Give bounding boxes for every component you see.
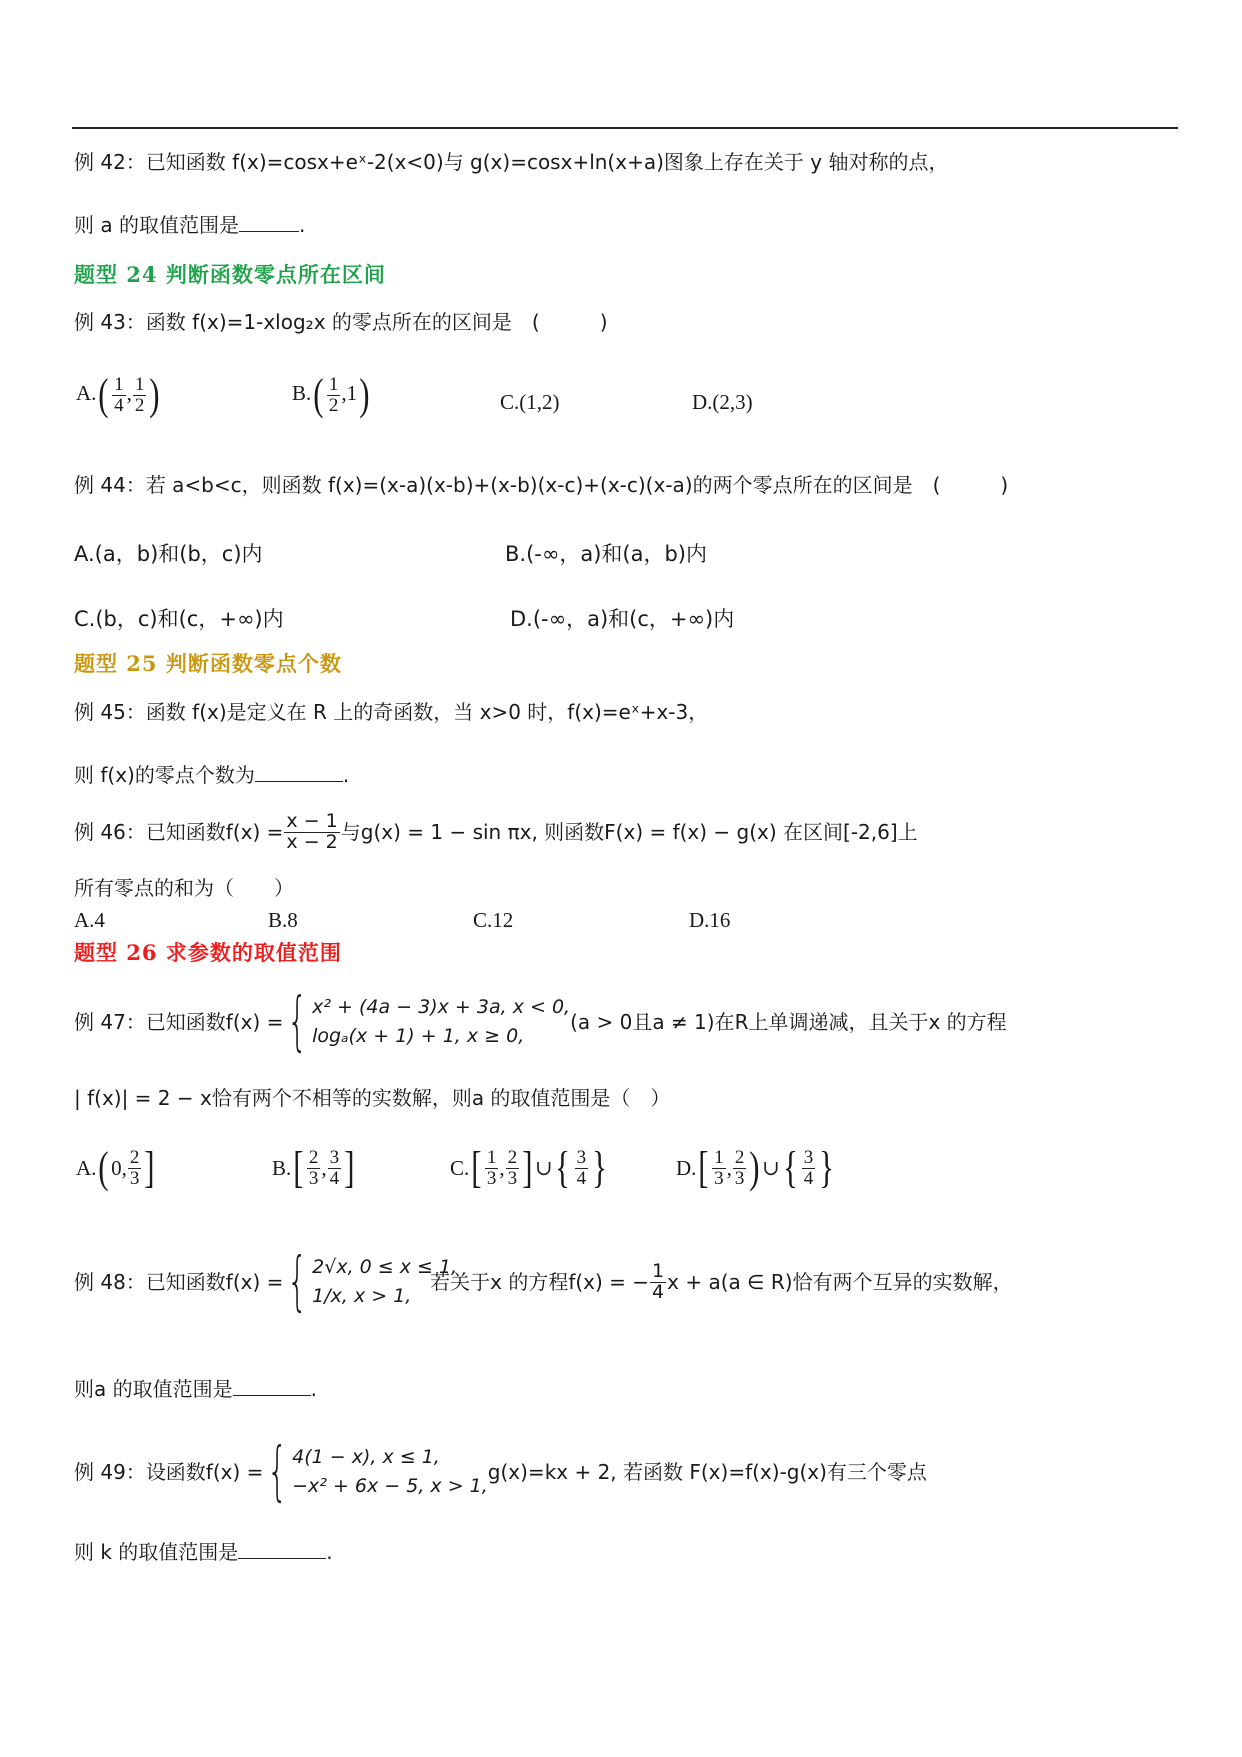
ex46-option-c[interactable]: C.12 xyxy=(473,908,513,933)
option-key: C. xyxy=(74,607,95,631)
option-value: 8 xyxy=(287,908,298,932)
ex49-line1: 例 49：设函数f(x) = {4(1 − x), x ≤ 1,−x² + 6x… xyxy=(74,1440,927,1504)
option-value: (2,3) xyxy=(712,390,752,414)
option-key: A. xyxy=(74,542,95,566)
option-value: (a，b)和(b，c)内 xyxy=(95,542,263,566)
ex48-question: 则a 的取值范围是 xyxy=(74,1377,233,1401)
ex47-option-a[interactable]: A.(0,23] xyxy=(76,1146,157,1190)
ex47-line1: 例 47：已知函数f(x) = {x² + (4a − 3)x + 3a, x … xyxy=(74,990,1007,1054)
period: . xyxy=(343,763,349,787)
option-value: 12 xyxy=(492,908,513,932)
option-key: C. xyxy=(500,390,519,414)
answer-blank[interactable] xyxy=(239,213,299,232)
ex47-label: 例 47： xyxy=(74,1010,146,1034)
option-key: B. xyxy=(505,542,526,566)
ex46-line2: 所有零点的和为（ ） xyxy=(74,876,294,900)
ex42-question: 则 a 的取值范围是 xyxy=(74,213,239,237)
option-key: D. xyxy=(676,1156,696,1181)
ex43-label: 例 43： xyxy=(74,310,146,334)
ex46-option-b[interactable]: B.8 xyxy=(268,908,298,933)
section-heading-26: 题型 26 求参数的取值范围 xyxy=(74,940,342,965)
ex43-option-a[interactable]: A.(14,12) xyxy=(76,373,162,417)
option-value: (b，c)和(c，+∞)内 xyxy=(95,607,283,631)
ex48-line1: 例 48：已知函数f(x) = {2√x, 0 ≤ x ≤ 1,1/x, x >… xyxy=(74,1250,1013,1314)
option-key: B. xyxy=(272,1156,291,1181)
option-key: B. xyxy=(292,381,311,405)
ex46-option-a[interactable]: A.4 xyxy=(74,908,105,933)
option-key: C. xyxy=(450,1156,469,1181)
ex46-text: 与g(x) = 1 − sin πx, 则函数F(x) = f(x) − g(x… xyxy=(341,820,918,844)
answer-blank[interactable] xyxy=(255,763,343,782)
option-value: 4 xyxy=(94,908,105,932)
ex45-label: 例 45： xyxy=(74,700,146,724)
ex44-text: 若 a<b<c，则函数 f(x)=(x-a)(x-b)+(x-b)(x-c)+(… xyxy=(146,473,1008,497)
ex49-text: g(x)=kx + 2, 若函数 F(x)=f(x)-g(x)有三个零点 xyxy=(488,1460,927,1484)
ex46-option-d[interactable]: D.16 xyxy=(689,908,730,933)
ex48-text: x + a(a ∈ R)恰有两个互异的实数解， xyxy=(667,1270,1012,1294)
section-heading-25: 题型 25 判断函数零点个数 xyxy=(74,651,342,676)
ex44-question: 例 44：若 a<b<c，则函数 f(x)=(x-a)(x-b)+(x-b)(x… xyxy=(74,473,1008,497)
ex46-fraction: x − 1x − 2 xyxy=(284,812,339,853)
option-key: C. xyxy=(473,908,492,932)
ex47-line2: | f(x)| = 2 − x恰有两个不相等的实数解，则a 的取值范围是（ ） xyxy=(74,1086,670,1110)
period: . xyxy=(299,213,305,237)
header-rule xyxy=(72,127,1178,129)
answer-blank[interactable] xyxy=(233,1377,311,1396)
ex42-line2: 则 a 的取值范围是. xyxy=(74,213,305,237)
ex43-option-c[interactable]: C.(1,2) xyxy=(500,390,560,415)
ex46-line1: 例 46：已知函数f(x) = x − 1x − 2与g(x) = 1 − si… xyxy=(74,812,918,853)
ex47-option-b[interactable]: B.[23,34] xyxy=(272,1146,357,1190)
ex43-text: 函数 f(x)=1-xlog₂x 的零点所在的区间是 ( ) xyxy=(146,310,608,334)
ex48-f-def: 已知函数f(x) = xyxy=(146,1270,284,1294)
option-value: (1,2) xyxy=(519,390,559,414)
ex47-option-c[interactable]: C.[13,23]∪{34} xyxy=(450,1146,610,1190)
piecewise: {x² + (4a − 3)x + 3a, x < 0,logₐ(x + 1) … xyxy=(283,990,570,1054)
ex43-option-d[interactable]: D.(2,3) xyxy=(692,390,753,415)
option-value: 16 xyxy=(709,908,730,932)
ex45-question: 则 f(x)的零点个数为 xyxy=(74,763,255,787)
option-key: D. xyxy=(689,908,709,932)
ex47-f-def: 已知函数f(x) = xyxy=(146,1010,284,1034)
ex47-option-d[interactable]: D.[13,23)∪{34} xyxy=(676,1146,837,1190)
ex43-option-b[interactable]: B.(12,1) xyxy=(292,373,372,417)
option-key: B. xyxy=(268,908,287,932)
option-key: A. xyxy=(74,908,94,932)
ex44-option-c[interactable]: C.(b，c)和(c，+∞)内 xyxy=(74,603,284,633)
option-value: (-∞，a)和(a，b)内 xyxy=(526,542,707,566)
period: . xyxy=(326,1540,332,1564)
option-value: (-∞，a)和(c，+∞)内 xyxy=(533,607,734,631)
ex45-line2: 则 f(x)的零点个数为. xyxy=(74,763,349,787)
option-key: A. xyxy=(76,1156,96,1181)
ex45-text: 函数 f(x)是定义在 R 上的奇函数，当 x>0 时，f(x)=eˣ+x-3， xyxy=(146,700,708,724)
option-key: A. xyxy=(76,381,96,405)
ex42-line1: 例 42：已知函数 f(x)=cosx+eˣ-2(x<0)与 g(x)=cosx… xyxy=(74,150,948,174)
option-key: D. xyxy=(510,607,533,631)
ex42-text: 已知函数 f(x)=cosx+eˣ-2(x<0)与 g(x)=cosx+ln(x… xyxy=(146,150,949,174)
section-heading-24: 题型 24 判断函数零点所在区间 xyxy=(74,262,386,287)
ex49-f-def: 设函数f(x) = xyxy=(146,1460,264,1484)
ex46-label: 例 46： xyxy=(74,820,146,844)
piecewise: {2√x, 0 ≤ x ≤ 1,1/x, x > 1, xyxy=(283,1250,430,1314)
ex49-line2: 则 k 的取值范围是. xyxy=(74,1540,333,1564)
answer-blank[interactable] xyxy=(238,1540,326,1559)
ex46-f-def: 已知函数f(x) = xyxy=(146,820,284,844)
ex44-option-a[interactable]: A.(a，b)和(b，c)内 xyxy=(74,538,263,568)
ex48-eq-left: 若关于x 的方程f(x) = − xyxy=(430,1270,649,1294)
ex44-option-b[interactable]: B.(-∞，a)和(a，b)内 xyxy=(505,538,707,568)
ex49-label: 例 49： xyxy=(74,1460,146,1484)
ex45-line1: 例 45：函数 f(x)是定义在 R 上的奇函数，当 x>0 时，f(x)=eˣ… xyxy=(74,700,708,724)
ex43-question: 例 43：函数 f(x)=1-xlog₂x 的零点所在的区间是 ( ) xyxy=(74,310,608,334)
ex48-label: 例 48： xyxy=(74,1270,146,1294)
ex44-label: 例 44： xyxy=(74,473,146,497)
ex47-text: (a > 0且a ≠ 1)在R上单调递减，且关于x 的方程 xyxy=(570,1010,1007,1034)
ex42-label: 例 42： xyxy=(74,150,146,174)
piecewise: {4(1 − x), x ≤ 1,−x² + 6x − 5, x > 1, xyxy=(263,1440,487,1504)
period: . xyxy=(311,1377,317,1401)
ex44-option-d[interactable]: D.(-∞，a)和(c，+∞)内 xyxy=(510,603,734,633)
ex48-line2: 则a 的取值范围是. xyxy=(74,1377,317,1401)
option-key: D. xyxy=(692,390,712,414)
ex48-fraction: 14 xyxy=(650,1262,666,1303)
ex49-question: 则 k 的取值范围是 xyxy=(74,1540,238,1564)
